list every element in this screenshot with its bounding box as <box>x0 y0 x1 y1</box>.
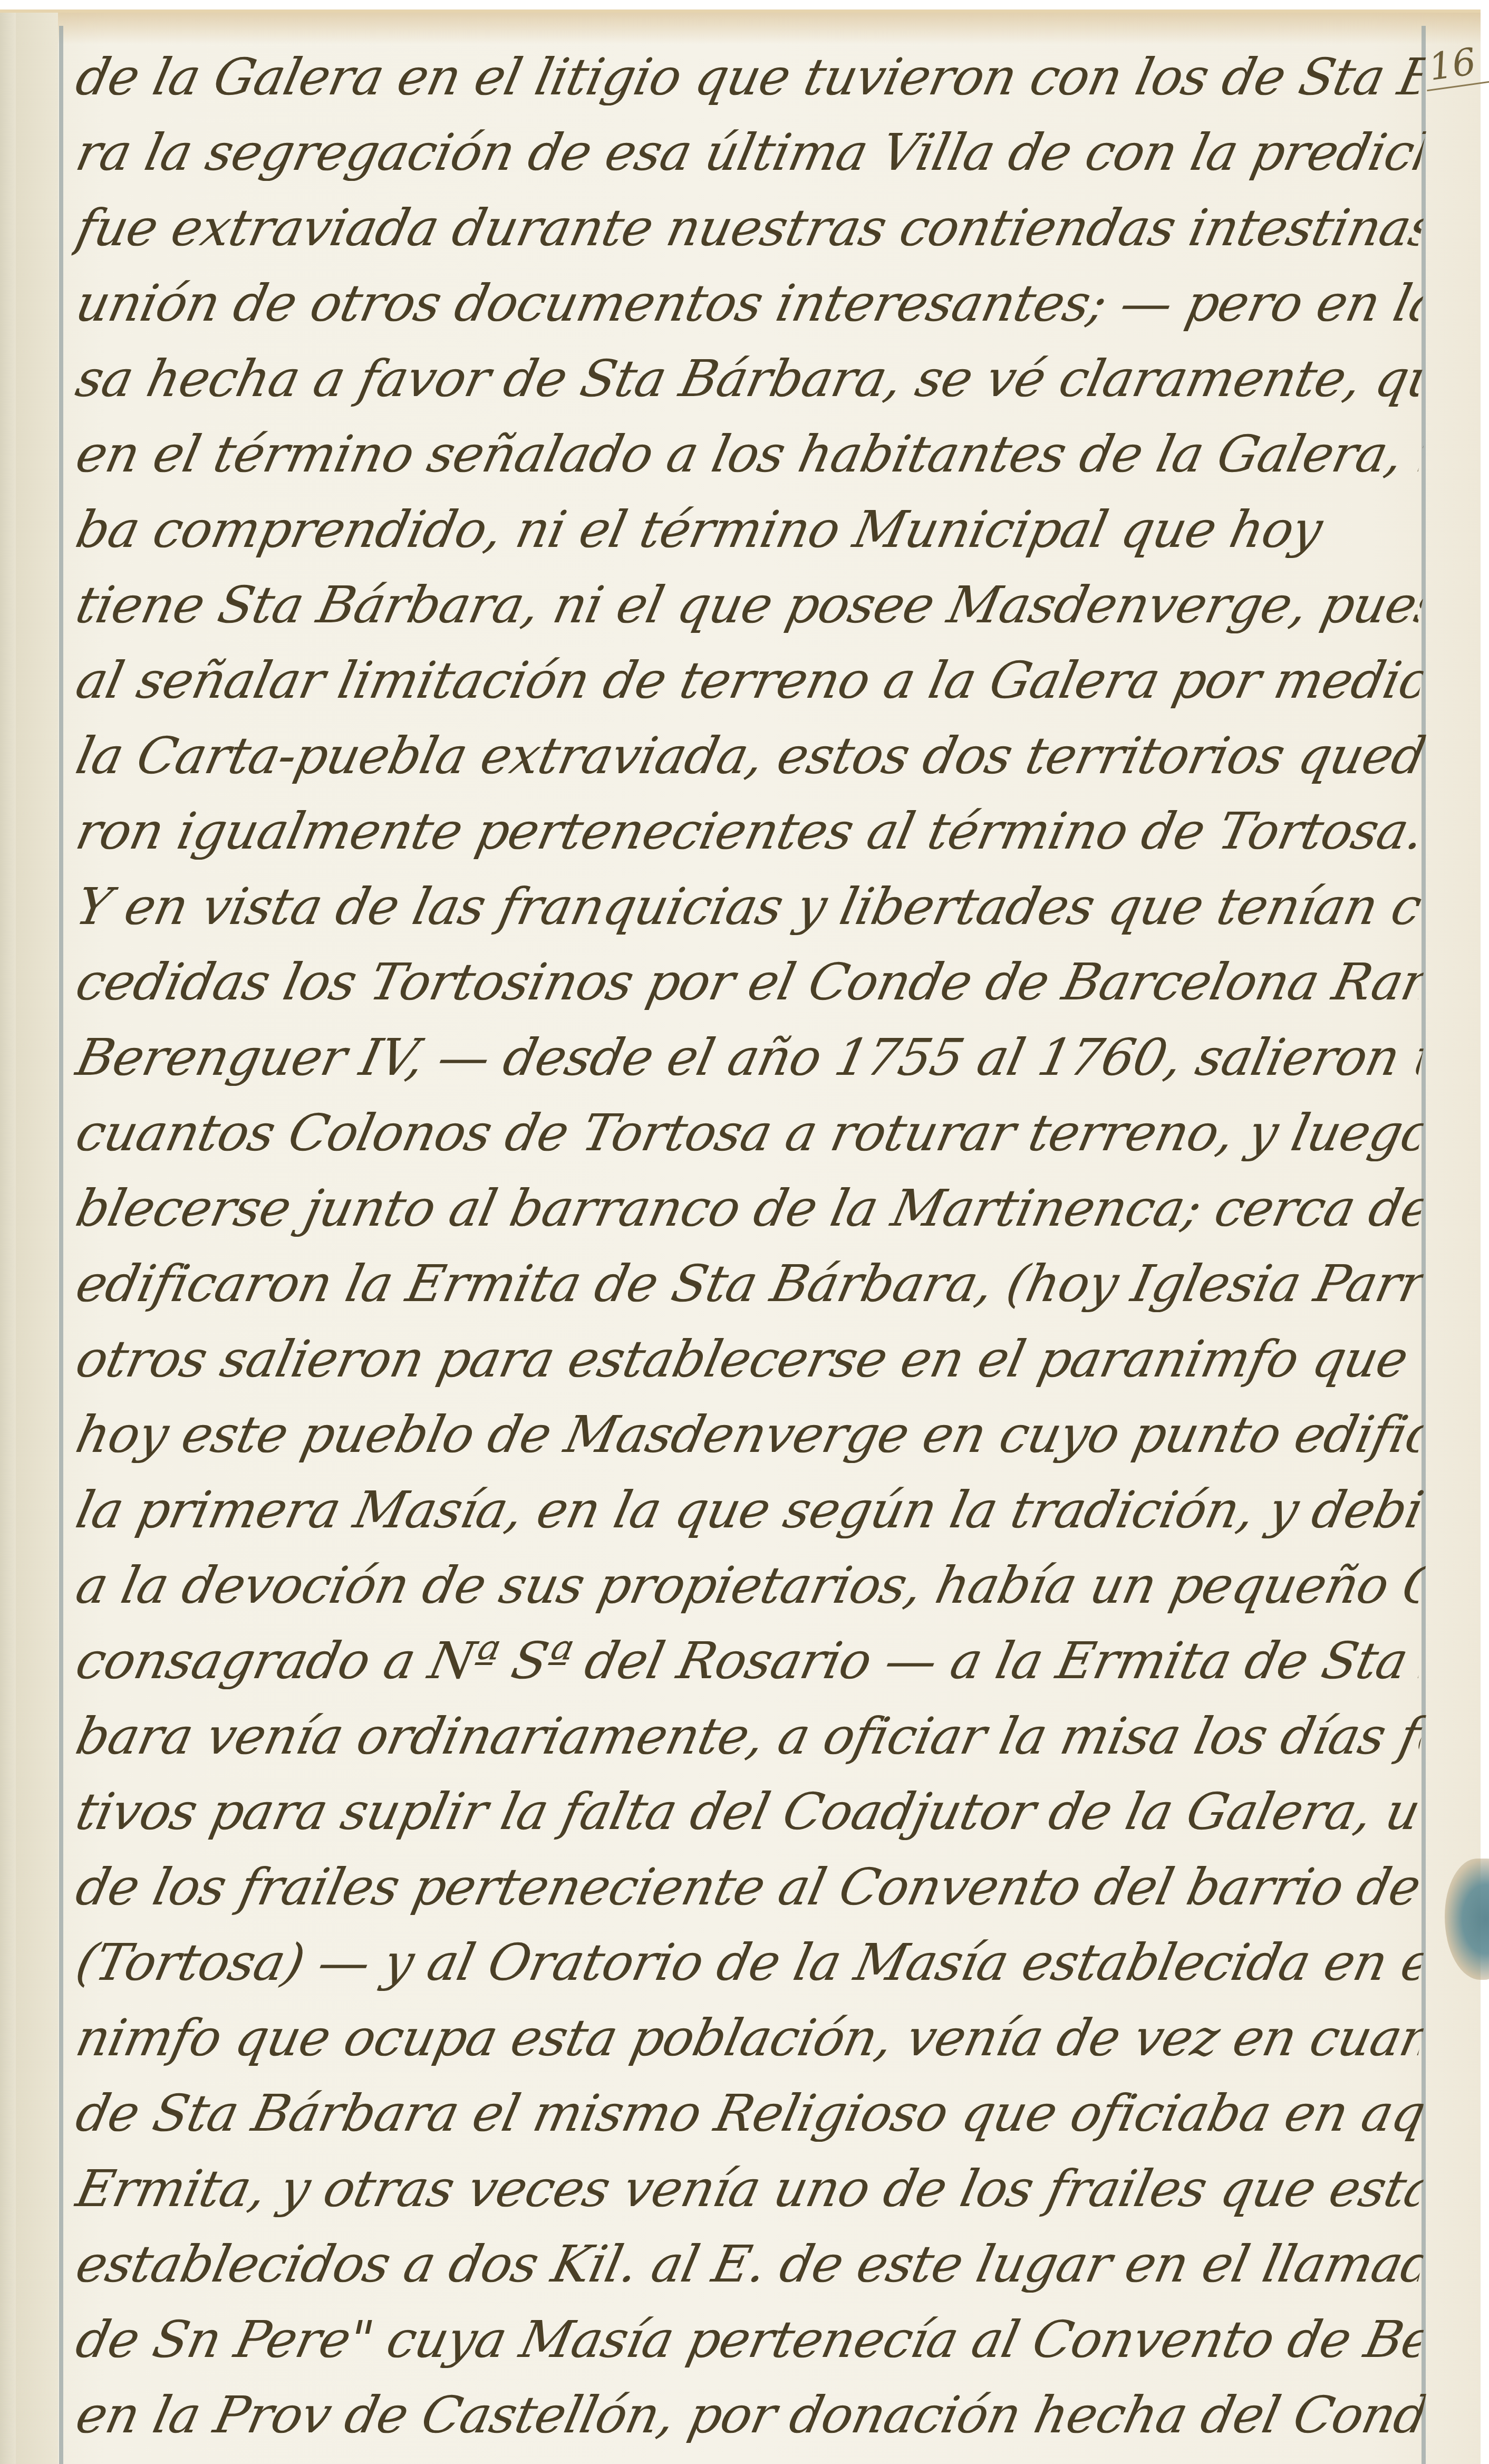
text-line: blecerse junto al barranco de la Martine… <box>71 1181 1427 1237</box>
text-line: ba comprendido, ni el término Municipal … <box>71 502 1427 558</box>
text-line: Berenguer IV, — desde el año 1755 al 176… <box>71 1030 1427 1086</box>
text-line: en la Prov de Castellón, por donación he… <box>71 2388 1427 2443</box>
page-number: 16 <box>1421 37 1489 92</box>
text-line: ron igualmente pertenecientes al término… <box>71 804 1427 860</box>
text-line: nimfo que ocupa esta población, venía de… <box>71 2010 1427 2066</box>
ink-stain <box>1445 1859 1489 1980</box>
text-line: Y en vista de las franquicias y libertad… <box>71 879 1427 935</box>
page-fold <box>16 13 58 2464</box>
text-line: en el término señalado a los habitantes … <box>71 427 1427 483</box>
text-line: cuantos Colonos de Tortosa a roturar ter… <box>71 1105 1427 1161</box>
text-line: de Sn Pere" cuya Masía pertenecía al Con… <box>71 2312 1427 2368</box>
text-line: cedidas los Tortosinos por el Conde de B… <box>71 955 1427 1010</box>
text-line: de Sta Bárbara el mismo Religioso que of… <box>71 2086 1427 2142</box>
text-line: sa hecha a favor de Sta Bárbara, se vé c… <box>71 351 1427 407</box>
text-line: la primera Masía, en la que según la tra… <box>71 1483 1427 1538</box>
text-line: edificaron la Ermita de Sta Bárbara, (ho… <box>71 1256 1427 1312</box>
text-line: a la devoción de sus propietarios, había… <box>71 1558 1427 1614</box>
text-line: fue extraviada durante nuestras contiend… <box>71 200 1427 256</box>
text-line: tiene Sta Bárbara, ni el que posee Masde… <box>71 577 1427 633</box>
text-line: bara venía ordinariamente, a oficiar la … <box>71 1709 1427 1765</box>
text-line: la Carta-puebla extraviada, estos dos te… <box>71 728 1427 784</box>
text-line: ra la segregación de esa última Villa de… <box>71 125 1427 181</box>
text-line: hoy este pueblo de Masdenverge en cuyo p… <box>71 1407 1427 1463</box>
text-line: de la Galera en el litigio que tuvieron … <box>71 50 1427 105</box>
left-margin-rule <box>59 26 63 2464</box>
text-line: unión de otros documentos interesantes; … <box>71 276 1427 332</box>
text-line: (Tortosa) — y al Oratorio de la Masía es… <box>71 1935 1427 1991</box>
text-line: establecidos a dos Kil. al E. de este lu… <box>71 2237 1427 2293</box>
text-line: tivos para suplir la falta del Coadjutor… <box>71 1784 1427 1840</box>
manuscript-page: 16 de la Galera en el litigio que tuvier… <box>0 9 1481 2464</box>
text-line: otros salieron para establecerse en el p… <box>71 1332 1427 1388</box>
binding-edge <box>0 13 16 2464</box>
text-line: de los frailes perteneciente al Convento… <box>71 1860 1427 1916</box>
text-line: al señalar limitación de terreno a la Ga… <box>71 653 1427 709</box>
text-line: consagrado a Nª Sª del Rosario — a la Er… <box>71 1633 1427 1689</box>
text-line: Ermita, y otras veces venía uno de los f… <box>71 2161 1427 2217</box>
